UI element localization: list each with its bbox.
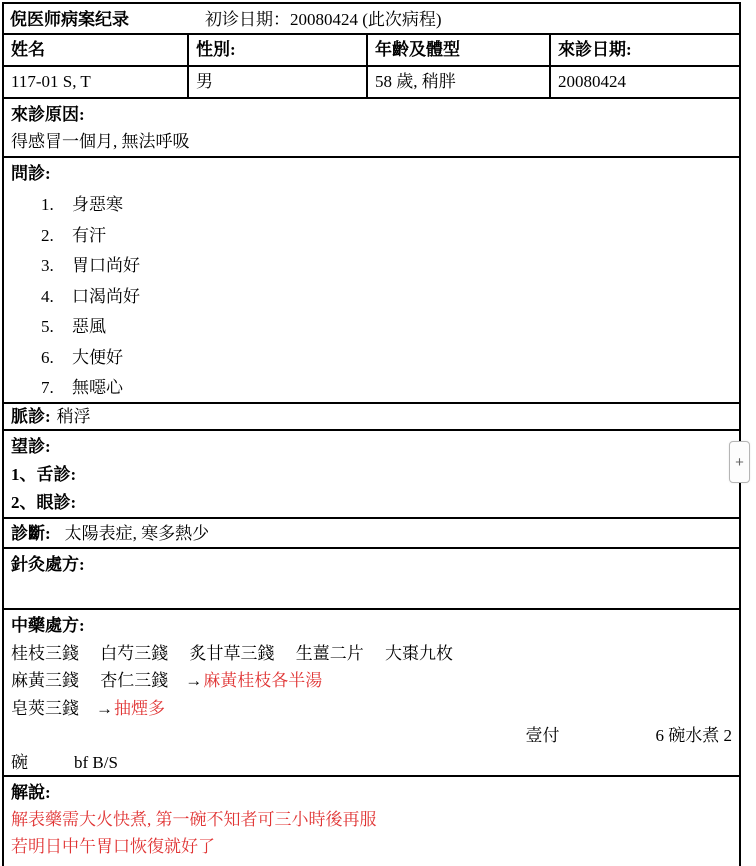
herbal-line-2-herbs: 麻黃三錢 杏仁三錢 xyxy=(11,671,185,690)
inquiry-list: 1.身惡寒 2.有汗 3.胃口尚好 4.口渴尚好 5.惡風 6.大便好 7.無噁… xyxy=(11,190,732,404)
herbal-heading: 中藥處方: xyxy=(11,612,732,640)
inquiry-item: 4.口渴尚好 xyxy=(41,282,732,313)
inquiry-item: 7.無噁心 xyxy=(41,373,732,404)
inquiry-item-text: 惡風 xyxy=(72,317,106,336)
medical-record-document: 倪医师病案纪录初诊日期：20080424 (此次病程) 姓名 性別: 年齡及體型… xyxy=(2,2,741,866)
inquiry-item: 5.惡風 xyxy=(41,312,732,343)
inquiry-item-text: 無噁心 xyxy=(72,378,123,397)
first-visit-date: 初诊日期：20080424 (此次病程) xyxy=(205,10,442,29)
eye-diagnosis-heading: 2、眼診: xyxy=(11,489,732,517)
patient-age-body-value: 58 歲, 稍胖 xyxy=(368,67,551,97)
inquiry-item-number: 6. xyxy=(41,343,72,374)
inquiry-item-text: 有汗 xyxy=(72,226,106,245)
inquiry-item-number: 2. xyxy=(41,221,72,252)
observation-heading: 望診: xyxy=(11,433,732,461)
first-visit-value: 20080424 (此次病程) xyxy=(290,10,442,29)
arrow-icon: → xyxy=(185,671,203,690)
patient-table-value-row: 117-01 S, T 男 58 歲, 稍胖 20080424 xyxy=(4,67,739,99)
dose-gap xyxy=(560,722,656,749)
document-title: 倪医师病案纪录 xyxy=(10,10,129,29)
pulse-heading: 脈診: xyxy=(11,407,51,426)
inquiry-item-number: 4. xyxy=(41,282,72,313)
herbal-section: 中藥處方: 桂枝三錢 白芍三錢 炙甘草三錢 生薑二片 大棗九枚 麻黃三錢 杏仁三… xyxy=(4,610,739,777)
visit-reason-heading: 來診原因: xyxy=(11,101,732,128)
inquiry-item: 3.胃口尚好 xyxy=(41,251,732,282)
arrow-icon: → xyxy=(96,699,114,718)
col-header-age-body: 年齡及體型 xyxy=(368,35,551,65)
expand-button[interactable]: + xyxy=(729,441,750,483)
diagnosis-section: 診斷:太陽表症, 寒多熱少 xyxy=(4,519,739,549)
inquiry-heading: 問診: xyxy=(11,160,732,187)
visit-reason-text: 得感冒一個月, 無法呼吸 xyxy=(11,128,732,155)
decoction-instruction: 6 碗水煮 2 xyxy=(656,722,733,749)
decoction-wrap-char: 碗 xyxy=(11,753,28,772)
inquiry-section: 問診: 1.身惡寒 2.有汗 3.胃口尚好 4.口渴尚好 5.惡風 6.大便好 … xyxy=(4,158,739,404)
tongue-diagnosis-heading: 1、舌診: xyxy=(11,461,732,489)
first-visit-label: 初诊日期： xyxy=(205,10,290,29)
inquiry-item-text: 身惡寒 xyxy=(72,195,123,214)
herbal-line-2: 麻黃三錢 杏仁三錢 →麻黃桂枝各半湯 xyxy=(11,667,732,695)
patient-visit-date-value: 20080424 xyxy=(551,67,739,97)
document-header-row: 倪医师病案纪录初诊日期：20080424 (此次病程) xyxy=(4,4,739,35)
inquiry-item-number: 1. xyxy=(41,190,72,221)
inquiry-item-text: 口渴尚好 xyxy=(72,287,140,306)
visit-reason-section: 來診原因: 得感冒一個月, 無法呼吸 xyxy=(4,99,739,158)
herbal-line-2-note: 麻黃桂枝各半湯 xyxy=(203,671,322,690)
explanation-heading: 解說: xyxy=(11,779,732,806)
pulse-text: 稍浮 xyxy=(57,407,91,426)
diagnosis-line: 診斷:太陽表症, 寒多熱少 xyxy=(11,521,732,546)
acupuncture-section: 針灸處方: xyxy=(4,549,739,610)
diagnosis-text: 太陽表症, 寒多熱少 xyxy=(65,524,210,543)
inquiry-item-number: 7. xyxy=(41,373,72,404)
patient-table-header-row: 姓名 性別: 年齡及體型 來診日期: xyxy=(4,35,739,67)
herbal-line-3-herbs: 皂莢三錢 xyxy=(11,699,96,718)
inquiry-item: 2.有汗 xyxy=(41,221,732,252)
herbal-line-3: 皂莢三錢 →抽煙多 xyxy=(11,695,732,723)
inquiry-item-number: 5. xyxy=(41,312,72,343)
explanation-line-1: 解表藥需大火快煮, 第一碗不知者可三小時後再服 xyxy=(11,806,732,833)
pulse-line: 脈診:稍浮 xyxy=(11,405,732,428)
patient-gender-value: 男 xyxy=(189,67,368,97)
herbal-line-3-note: 抽煙多 xyxy=(114,699,165,718)
inquiry-item-text: 大便好 xyxy=(72,348,123,367)
inquiry-item-number: 3. xyxy=(41,251,72,282)
explanation-line-2: 若明日中午胃口恢復就好了 xyxy=(11,833,732,860)
col-header-name: 姓名 xyxy=(4,35,189,65)
col-header-gender: 性別: xyxy=(189,35,368,65)
decoction-wrap-line: 碗bf B/S xyxy=(11,749,732,776)
patient-name-value: 117-01 S, T xyxy=(4,67,189,97)
diagnosis-heading: 診斷: xyxy=(11,524,51,543)
explanation-section: 解說: 解表藥需大火快煮, 第一碗不知者可三小時後再服 若明日中午胃口恢復就好了 xyxy=(4,777,739,866)
acupuncture-heading: 針灸處方: xyxy=(11,551,732,578)
herbal-line-1: 桂枝三錢 白芍三錢 炙甘草三錢 生薑二片 大棗九枚 xyxy=(11,640,732,668)
inquiry-item: 1.身惡寒 xyxy=(41,190,732,221)
pulse-section: 脈診:稍浮 xyxy=(4,404,739,431)
dosage-line: 壹付6 碗水煮 2 xyxy=(11,722,732,749)
inquiry-item-text: 胃口尚好 xyxy=(72,256,140,275)
inquiry-item: 6.大便好 xyxy=(41,343,732,374)
observation-section: 望診: 1、舌診: 2、眼診: xyxy=(4,431,739,519)
col-header-visit-date: 來診日期: xyxy=(551,35,739,65)
dose-count: 壹付 xyxy=(526,722,560,749)
dose-timing: bf B/S xyxy=(74,753,118,772)
